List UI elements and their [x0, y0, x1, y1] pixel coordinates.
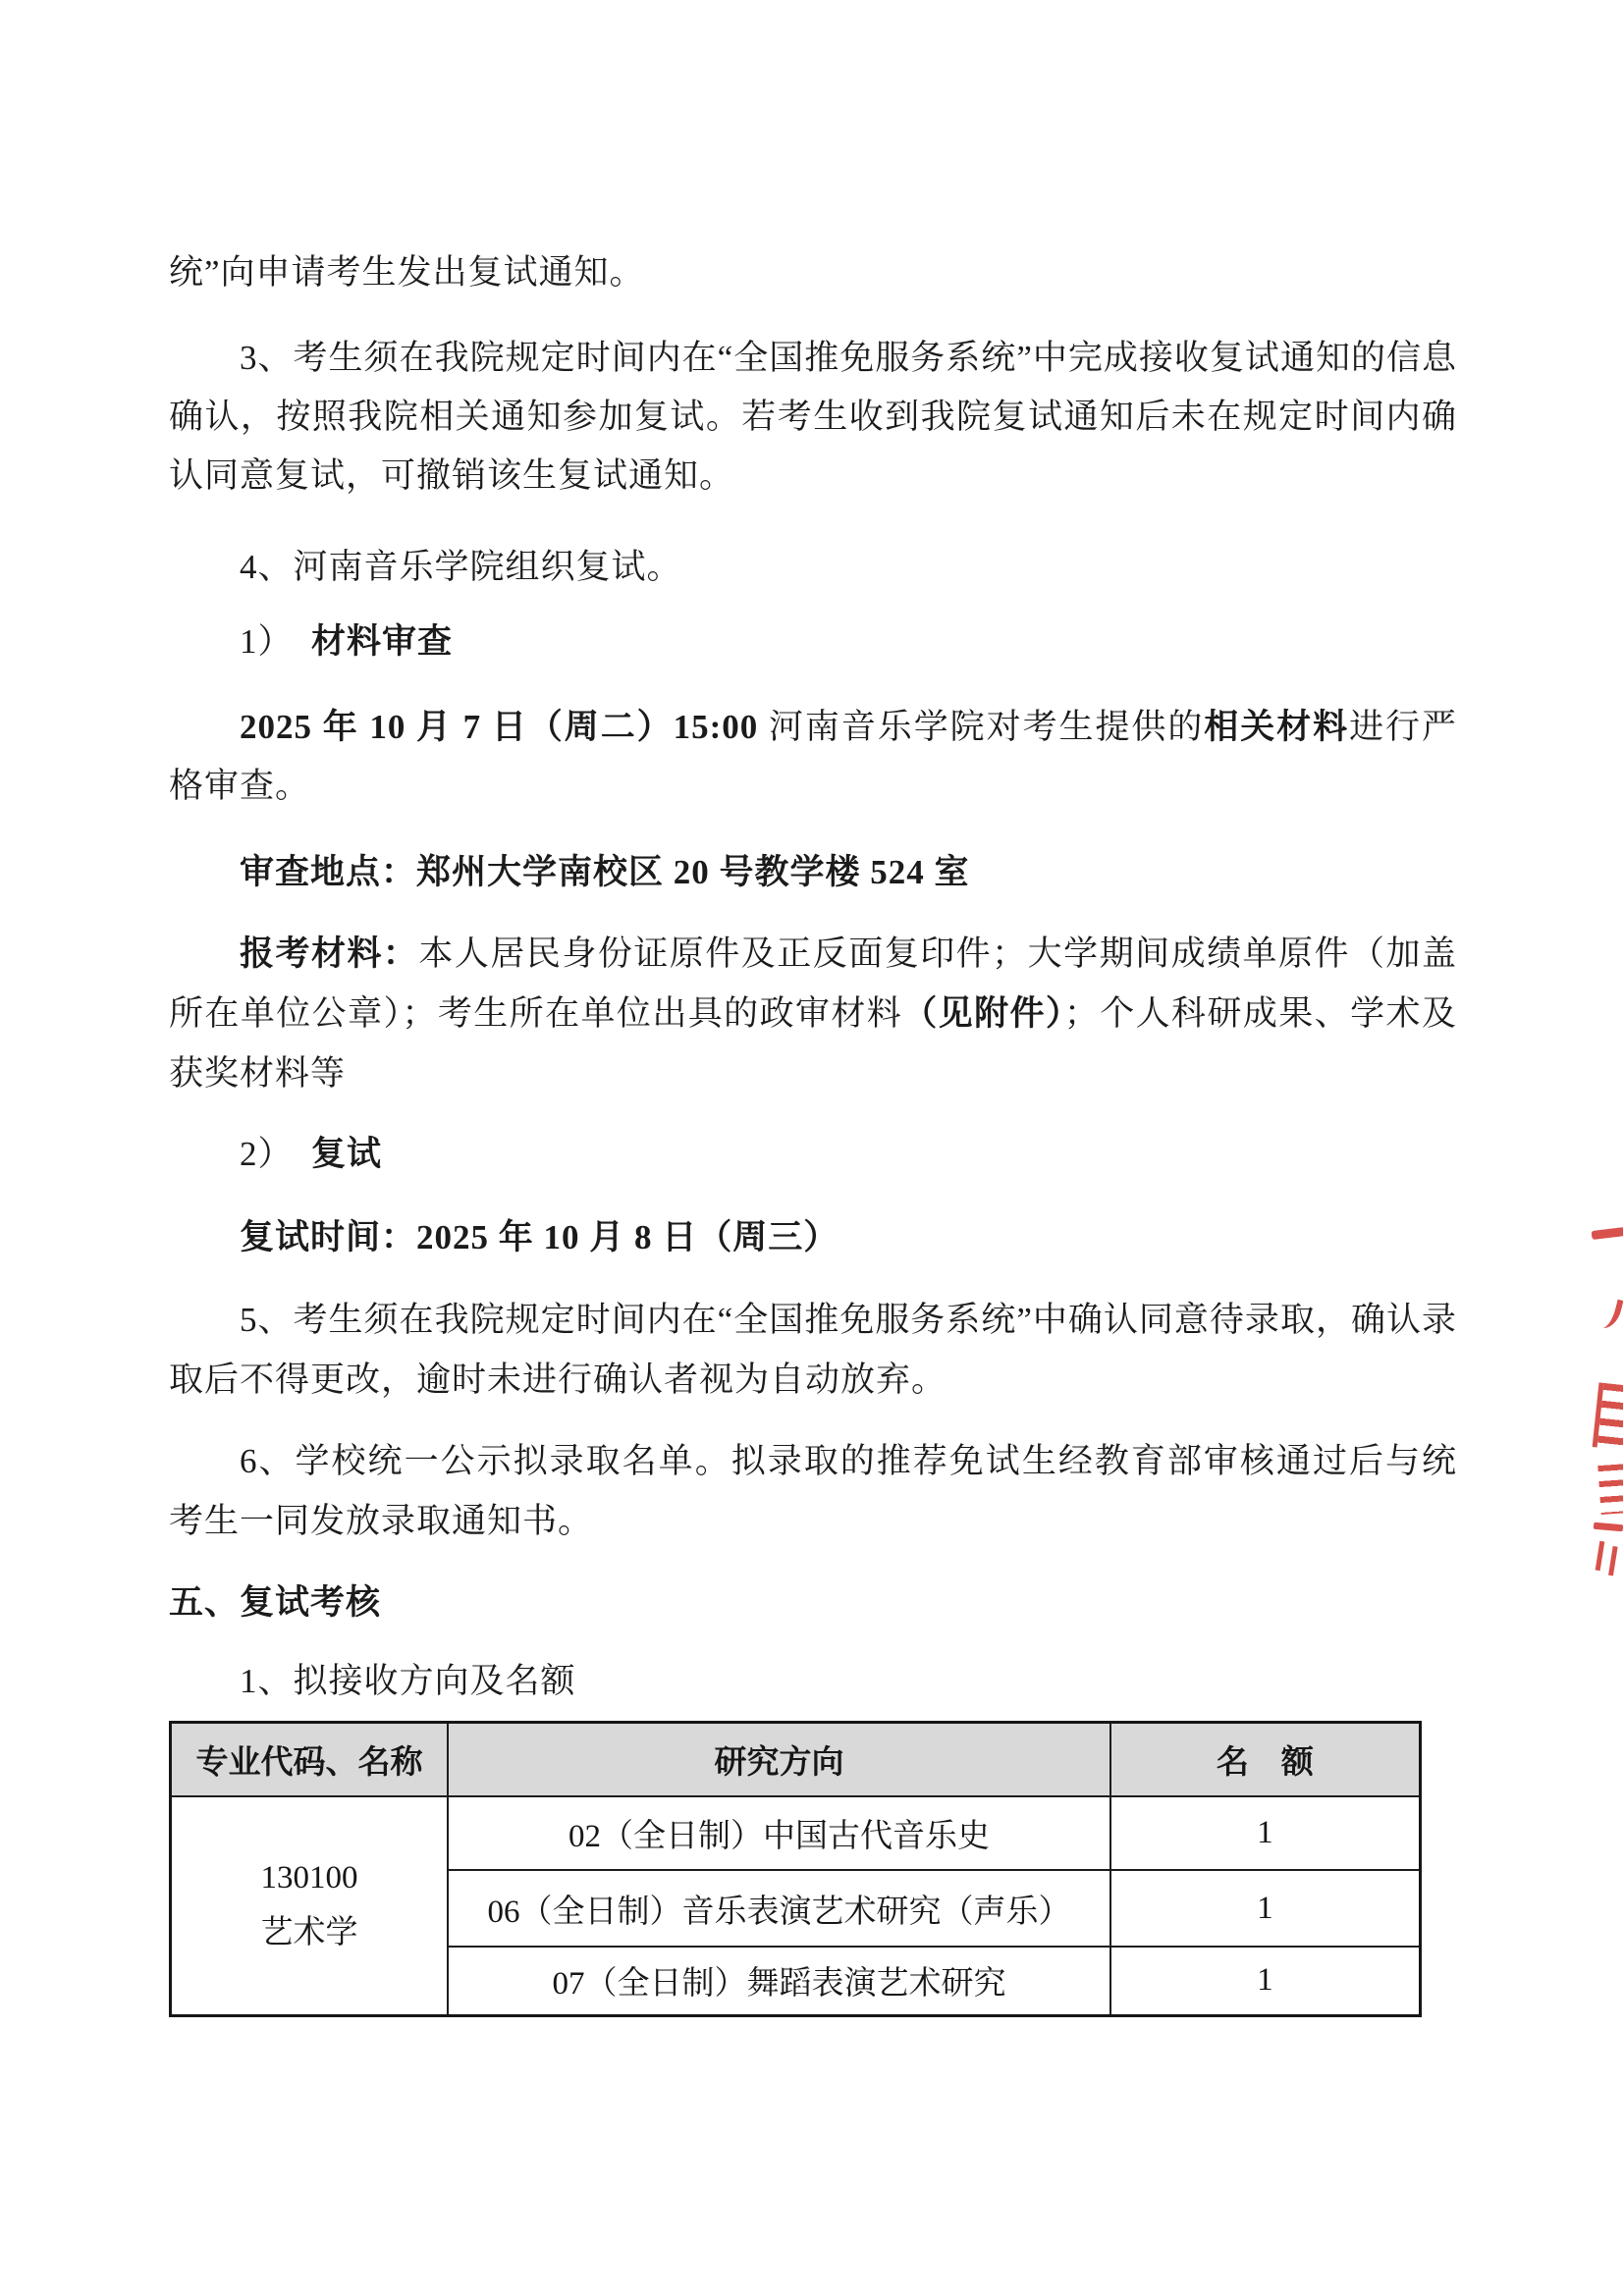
header-major-code: 专业代码、名称 [171, 1723, 449, 1797]
materials-attachment-emphasis: （见附件） [902, 994, 1064, 1033]
paragraph-retest-time: 复试时间：2025 年 10 月 8 日（周三） [169, 1208, 1457, 1267]
review-materials-emphasis: 相关材料 [1204, 708, 1349, 746]
paragraph-item-5: 5、考生须在我院规定时间内在“全国推免服务系统”中确认同意待录取，确认录取后不得… [169, 1290, 1457, 1410]
seal-fragment-icon [1592, 1227, 1623, 1240]
paragraph-item-4: 4、河南音乐学院组织复试。 [169, 538, 1457, 597]
seal-fragment-icon [1594, 1522, 1623, 1532]
paragraph-notice-continuation: 统”向申请考生发出复试通知。 [169, 243, 1457, 302]
heading-material-review: 1） 材料审查 [169, 613, 1457, 671]
paragraph-item-3: 3、考生须在我院规定时间内在“全国推免服务系统”中完成接收复试通知的信息确认，按… [169, 329, 1457, 506]
cell-quota: 1 [1110, 1796, 1421, 1870]
cell-major: 130100 艺术学 [171, 1796, 449, 2015]
paragraph-quota-title: 1、拟接收方向及名额 [169, 1652, 1457, 1711]
major-name: 艺术学 [178, 1905, 441, 1960]
major-code: 130100 [178, 1850, 441, 1905]
admission-quota-table: 专业代码、名称 研究方向 名 额 130100 艺术学 02（全日制）中国古代音… [169, 1721, 1422, 2017]
cell-direction: 02（全日制）中国古代音乐史 [448, 1796, 1110, 1870]
table-header-row: 专业代码、名称 研究方向 名 额 [171, 1723, 1421, 1797]
cell-direction: 06（全日制）音乐表演艺术研究（声乐） [448, 1870, 1110, 1947]
heading-number: 1） [240, 622, 311, 661]
heading-retest-label: 复试 [311, 1135, 382, 1173]
document-page: 统”向申请考生发出复试通知。 3、考生须在我院规定时间内在“全国推免服务系统”中… [0, 0, 1623, 2296]
header-quota: 名 额 [1110, 1723, 1421, 1797]
seal-fragment-icon [1596, 1296, 1623, 1331]
header-research-direction: 研究方向 [448, 1723, 1110, 1797]
seal-fragment-icon [1597, 1464, 1623, 1515]
table-row: 130100 艺术学 02（全日制）中国古代音乐史 1 [171, 1796, 1421, 1870]
red-seal-fragments [1584, 1217, 1623, 1590]
heading-retest: 2） 复试 [169, 1125, 1457, 1184]
seal-fragment-icon [1596, 1541, 1605, 1571]
cell-quota: 1 [1110, 1947, 1421, 2015]
cell-direction: 07（全日制）舞蹈表演艺术研究 [448, 1947, 1110, 2015]
cell-quota: 1 [1110, 1870, 1421, 1947]
materials-label: 报考材料： [240, 934, 418, 973]
heading-number: 2） [240, 1135, 311, 1173]
heading-section-5: 五、复试考核 [169, 1574, 1457, 1632]
paragraph-item-6: 6、学校统一公示拟录取名单。拟录取的推荐免试生经教育部审核通过后与统考生一同发放… [169, 1431, 1457, 1551]
paragraph-application-materials: 报考材料：本人居民身份证原件及正反面复印件；大学期间成绩单原件（加盖所在单位公章… [169, 924, 1457, 1103]
seal-fragment-icon [1593, 1382, 1623, 1450]
paragraph-review-time: 2025 年 10 月 7 日（周二）15:00 河南音乐学院对考生提供的相关材… [169, 698, 1457, 816]
heading-material-review-label: 材料审查 [311, 622, 453, 661]
review-text: 河南音乐学院对考生提供的 [769, 708, 1204, 746]
paragraph-review-location: 审查地点：郑州大学南校区 20 号教学楼 524 室 [169, 843, 1457, 902]
review-datetime: 2025 年 10 月 7 日（周二）15:00 [240, 708, 769, 746]
